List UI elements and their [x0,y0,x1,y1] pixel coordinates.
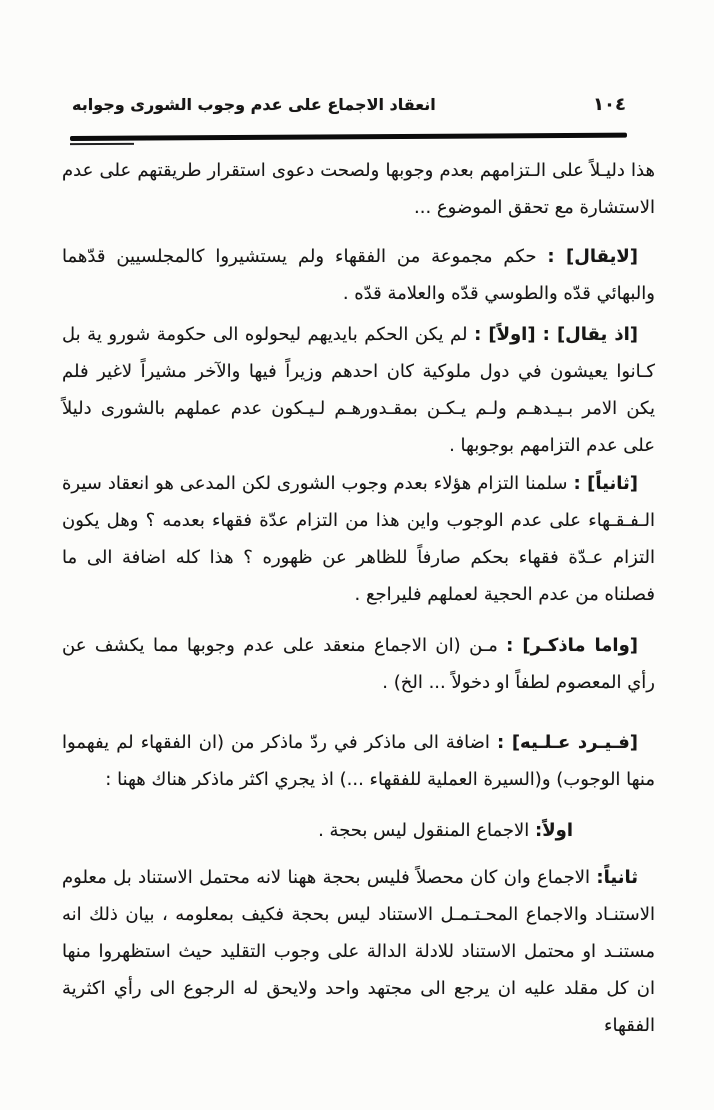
header-rule [70,133,627,141]
paragraph: [اذ يقال] : [اولاً] : لم يكن الحكم بايدي… [62,316,655,464]
book-page: انعقاد الاجماع على عدم وجوب الشورى وجواب… [0,0,714,1110]
paragraph-text: الاجماع وان كان محصلاً فليس بحجة ههنا لا… [62,867,655,1036]
running-title: انعقاد الاجماع على عدم وجوب الشورى وجواب… [72,95,436,114]
paragraph: هذا دليـلاً على الـتزامهم بعدم وجوبها ول… [62,152,655,226]
paragraph: [واما ماذكـر] : مـن (ان الاجماع منعقد عل… [62,627,655,701]
paragraph-lead: ثانياً: [596,867,638,888]
paragraph: اولاً: الاجماع المنقول ليس بحجة . [62,812,655,849]
paragraph: [فـيـرد عـلـيه] : اضافة الى ماذكر في ردّ… [62,724,655,798]
paragraph: [لايقال] : حكم مجموعة من الفقهاء ولم يست… [62,238,655,312]
paragraph: [ثانياً] : سلمنا التزام هؤلاء بعدم وجوب … [62,465,655,613]
paragraph-lead: [لايقال] : [547,246,638,267]
paragraph-text: هذا دليـلاً على الـتزامهم بعدم وجوبها ول… [62,160,655,218]
paragraph-text: سلمنا التزام هؤلاء بعدم وجوب الشورى لكن … [62,473,655,605]
page-number: ١٠٤ [593,94,626,115]
page-header: انعقاد الاجماع على عدم وجوب الشورى وجواب… [72,94,652,115]
paragraph: ثانياً: الاجماع وان كان محصلاً فليس بحجة… [62,859,655,1044]
paragraph-lead: [اذ يقال] : [اولاً] : [474,324,638,345]
paragraph-lead: [فـيـرد عـلـيه] : [497,732,638,753]
paragraph-lead: [ثانياً] : [573,473,638,494]
paragraph-lead: [واما ماذكـر] : [506,635,638,656]
page-body: هذا دليـلاً على الـتزامهم بعدم وجوبها ول… [62,152,655,1044]
paragraph-lead: اولاً: [535,820,573,841]
paragraph-text: الاجماع المنقول ليس بحجة . [318,820,529,841]
header-rule-tail [70,143,134,145]
